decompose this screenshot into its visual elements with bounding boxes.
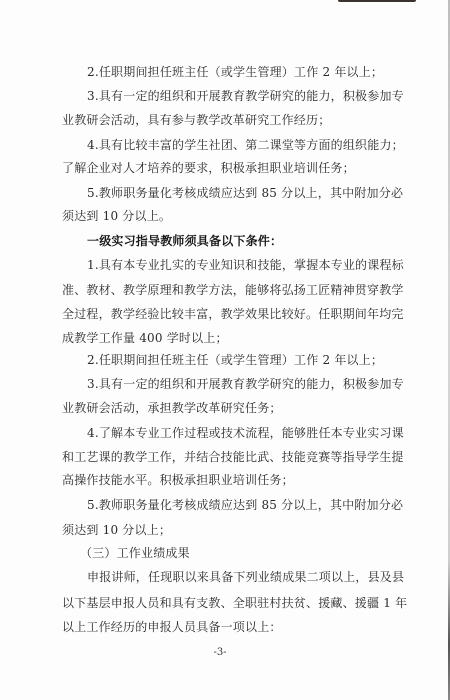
- text-line: 和工艺课的教学工作，并结合技能比武、技能竞赛等指导学生提: [62, 447, 390, 467]
- text-line: 4.了解本专业工作过程或技术流程，能够胜任本专业实习课: [87, 423, 390, 443]
- text-line: 以下基层申报人员和具有支教、全职驻村扶贫、援藏、援疆 1 年: [62, 593, 390, 613]
- section-heading: 一级实习指导教师须具备以下条件：: [87, 231, 390, 251]
- text-line: 准、教材、教学原理和教学方法，能够将弘扬工匠精神贯穿教学: [62, 280, 390, 300]
- text-line: 5.教师职务量化考核成绩应达到 85 分以上，其中附加分必: [87, 183, 390, 203]
- text-line: 2.任职期间担任班主任（或学生管理）工作 2 年以上；: [87, 350, 390, 370]
- text-line: 3.具有一定的组织和开展教育教学研究的能力，积极参加专: [87, 374, 390, 394]
- text-line: 5.教师职务量化考核成绩应达到 85 分以上，其中附加分必: [87, 495, 390, 515]
- text-line: 了解企业对人才培养的要求，积极承担职业培训任务；: [62, 158, 390, 178]
- document-page: 2.任职期间担任班主任（或学生管理）工作 2 年以上； 3.具有一定的组织和开展…: [0, 0, 450, 700]
- text-line: 2.任职期间担任班主任（或学生管理）工作 2 年以上；: [87, 62, 390, 82]
- text-line: 申报讲师，任现职以来具备下列业绩成果二项以上，县及县: [87, 567, 390, 587]
- text-line: 业教研会活动，具有参与教学改革研究工作经历；: [62, 110, 390, 130]
- text-line: 3.具有一定的组织和开展教育教学研究的能力，积极参加专: [87, 86, 390, 106]
- text-line: 成教学工作量 400 学时以上；: [62, 328, 390, 348]
- text-line: 4.具有比较丰富的学生社团、第二课堂等方面的组织能力；: [87, 135, 390, 155]
- text-line: 高操作技能水平。积极承担职业培训任务；: [62, 470, 390, 490]
- scan-artifact-mark: [338, 0, 416, 2]
- text-line: 1.具有本专业扎实的专业知识和技能，掌握本专业的课程标: [87, 255, 390, 275]
- text-line: 全过程，教学经验比较丰富，教学效果比较好。任职期间年均完: [62, 304, 390, 324]
- subsection-heading: （三）工作业绩成果: [80, 543, 383, 563]
- text-line: 以上工作经历的申报人员具备一项以上：: [62, 617, 390, 637]
- text-line: 须达到 10 分以上；: [62, 520, 390, 540]
- page-number: -3-: [200, 645, 240, 661]
- text-line: 业教研会活动，承担教学改革研究任务；: [62, 398, 390, 418]
- text-line: 须达到 10 分以上。: [62, 206, 390, 226]
